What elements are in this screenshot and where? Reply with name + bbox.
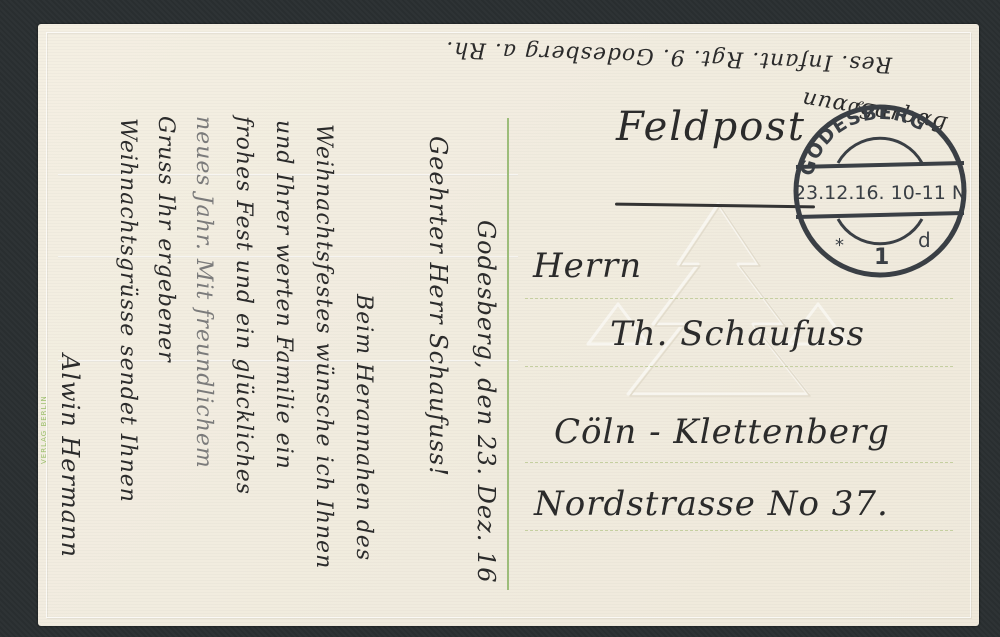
sender-line-upside-down: Res. Infant. Rgt. 9. Godesberg a. Rh. xyxy=(445,36,893,77)
message-line: neues Jahr. Mit freundlichem xyxy=(191,116,216,469)
address-line-4 xyxy=(525,530,953,531)
address-name: Th. Schaufuss xyxy=(610,314,865,354)
postcard: Res. Infant. Rgt. 9. Godesberg a. Rh. Fe… xyxy=(38,24,979,626)
message-address-divider xyxy=(507,118,509,590)
printer-mark: VERLAG BERLIN xyxy=(40,395,48,464)
feldpost-label: Feldpost xyxy=(616,104,806,150)
message-line: Weihnachtsfestes wünsche ich Ihnen xyxy=(311,124,336,569)
message-greeting: Geehrter Herr Schaufuss! xyxy=(424,136,452,477)
postmark-letter: d xyxy=(918,228,931,252)
message-signature: Alwin Hermann xyxy=(56,354,84,558)
message-line: Gruss Ihr ergebener xyxy=(153,116,178,363)
address-line-3 xyxy=(525,462,953,463)
address-salutation: Herrn xyxy=(533,246,642,286)
address-street: Nordstrasse No 37. xyxy=(534,484,889,524)
postmark-date: 23.12.16. 10-11 N xyxy=(794,182,966,204)
message-line: und Ihrer werten Familie ein xyxy=(271,120,296,470)
message-line: Weihnachtsgrüsse sendet Ihnen xyxy=(115,118,140,503)
message-line: Beim Herannahen des xyxy=(351,294,376,561)
postmark-godesberg: GODESBERG 23.12.16. 10-11 N * 1 d xyxy=(790,101,970,281)
address-city: Cöln - Klettenberg xyxy=(554,412,890,452)
message-line: frohes Fest und ein glückliches xyxy=(231,116,256,495)
postmark-star: * xyxy=(835,235,844,256)
address-line-1 xyxy=(525,298,953,299)
address-line-2 xyxy=(525,366,953,367)
message-place-date: Godesberg, den 23. Dez. 16 xyxy=(472,220,500,584)
postmark-number: 1 xyxy=(874,245,889,270)
